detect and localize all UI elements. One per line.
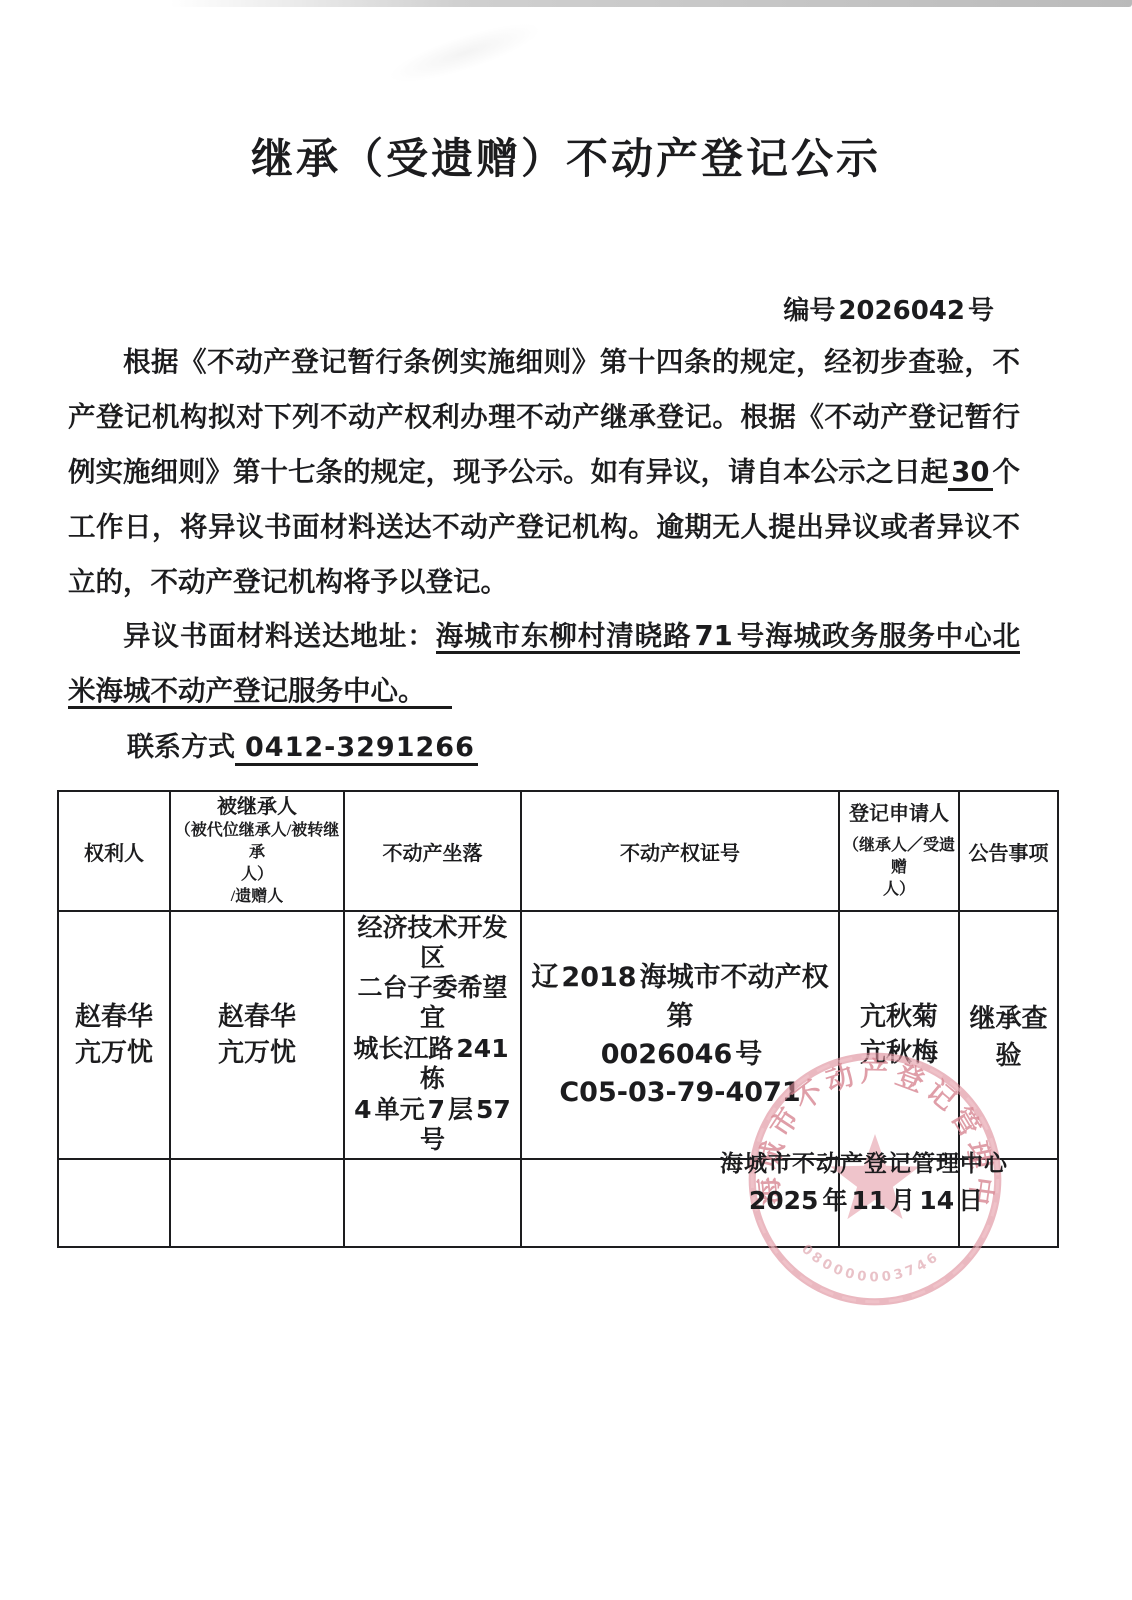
location-line1: 经济技术开发区 xyxy=(348,914,517,974)
location-room-number: 57 xyxy=(473,1095,514,1124)
location-floor-number: 7 xyxy=(425,1095,448,1124)
footer-date-month-label: 月 xyxy=(890,1188,915,1215)
page: { "doc": { "title": "继承（受遗赠）不动产登记公示", "n… xyxy=(0,0,1132,1600)
body-line-2: 产登记机构拟对下列不动产权利办理不动产继承登记。根据《不动产登记暂行条 xyxy=(68,389,1020,444)
header-decedent-line4: /遗赠人 xyxy=(174,886,340,908)
cell-decedent: 赵春华 亢万忧 xyxy=(170,911,344,1159)
cert-seg: 号 xyxy=(735,1039,762,1069)
header-right-holder: 权利人 xyxy=(58,791,170,911)
body-line-4: 工作日，将异议书面材料送达不动产登记机构。逾期无人提出异议或者异议不成 xyxy=(68,499,1020,554)
footer-org-name: 海城市不动产登记管理中心 xyxy=(656,1146,1072,1182)
header-decedent-line1: 被继承人 xyxy=(174,794,340,820)
decedent-name-2: 亢万忧 xyxy=(174,1035,340,1071)
contact-phone-number: 0412-3291266 xyxy=(235,732,478,766)
body-line-5: 立的，不动产登记机构将予以登记。 xyxy=(68,554,1020,609)
header-gap xyxy=(843,827,955,835)
objection-days: 30 xyxy=(948,456,992,491)
scan-smudge-top xyxy=(170,0,1132,7)
empty-cell xyxy=(344,1159,521,1247)
main-paragraph: 根据《不动产登记暂行条例实施细则》第十四条的规定，经初步查验，不动 产登记机构拟… xyxy=(68,334,1020,609)
location-line4: 4单元7层57号 xyxy=(348,1095,517,1156)
seal-serial: 080000003746 xyxy=(798,1242,943,1285)
location-building-number: 241 xyxy=(453,1034,511,1063)
header-notice-items: 公告事项 xyxy=(959,791,1058,911)
address-line-1: 异议书面材料送达地址：海城市东柳村清晓路71号海城政务服务中心北200 xyxy=(68,608,1020,663)
cell-property-location: 经济技术开发区 二台子委希望宜 城长江路241栋 4单元7层57号 xyxy=(344,911,521,1159)
location-seg: 层 xyxy=(448,1097,473,1124)
location-seg: 城长江路 xyxy=(353,1036,453,1063)
body-line-1: 根据《不动产登记暂行条例实施细则》第十四条的规定，经初步查验，不动 xyxy=(68,334,1020,389)
body-line-3-text: 例实施细则》第十七条的规定，现予公示。如有异议，请自本公示之日起 xyxy=(68,456,948,487)
delivery-address-part2: 米海城不动产登记服务中心。 xyxy=(68,675,452,709)
footer-block: 海城市不动产登记管理中心 2025年11月14日 xyxy=(656,1146,1072,1221)
right-holder-name-1: 赵春华 xyxy=(62,999,166,1035)
header-applicant-line3: 人） xyxy=(843,879,955,901)
cell-certificate-number: 辽2018海城市不动产权第 0026046号 C05-03-79-4071 xyxy=(521,911,839,1159)
location-seg: 栋 xyxy=(420,1066,445,1093)
address-street-number: 71 xyxy=(692,620,736,652)
address-seg: 号海城政务服务中心北 xyxy=(736,620,1020,651)
footer-date: 2025年11月14日 xyxy=(656,1182,1072,1221)
footer-date-year: 2025 xyxy=(745,1186,823,1215)
right-holder-name-2: 亢万忧 xyxy=(62,1035,166,1071)
address-seg: 海城市东柳村清晓路 xyxy=(436,620,692,651)
table-data-row: 赵春华 亢万忧 赵春华 亢万忧 经济技术开发区 二台子委希望宜 城长江路241栋… xyxy=(58,911,1058,1159)
header-decedent: 被继承人 （被代位继承人/被转继承 人） /遗赠人 xyxy=(170,791,344,911)
contact-label: 联系方式 xyxy=(127,732,235,762)
applicant-name-2: 亢秋梅 xyxy=(843,1035,955,1071)
address-paragraph: 异议书面材料送达地址：海城市东柳村清晓路71号海城政务服务中心北200 米海城不… xyxy=(68,608,1020,718)
empty-cell xyxy=(170,1159,344,1247)
footer-date-year-label: 年 xyxy=(822,1188,847,1215)
header-applicant: 登记申请人 （继承人／受遗赠 人） xyxy=(839,791,959,911)
body-line-3: 例实施细则》第十七条的规定，现予公示。如有异议，请自本公示之日起30个 xyxy=(68,444,1020,499)
cell-applicants: 亢秋菊 亢秋梅 xyxy=(839,911,959,1159)
applicant-name-1: 亢秋菊 xyxy=(843,999,955,1035)
location-seg: 单元 xyxy=(375,1097,425,1124)
cell-notice-item: 继承查验 xyxy=(959,911,1058,1159)
table-header-row: 权利人 被继承人 （被代位继承人/被转继承 人） /遗赠人 不动产坐落 不动产权… xyxy=(58,791,1058,911)
cell-right-holder: 赵春华 亢万忧 xyxy=(58,911,170,1159)
location-line3: 城长江路241栋 xyxy=(348,1034,517,1095)
scan-smudge-wisp xyxy=(384,12,547,94)
certificate-line1: 辽2018海城市不动产权第 xyxy=(525,958,835,1035)
header-applicant-line2: （继承人／受遗赠 xyxy=(843,835,955,879)
doc-number-suffix: 号 xyxy=(968,296,994,325)
empty-cell xyxy=(58,1159,170,1247)
doc-number-label: 编号 xyxy=(783,296,835,325)
footer-date-day: 14 xyxy=(915,1186,958,1215)
location-unit-number: 4 xyxy=(351,1095,374,1124)
header-property-location: 不动产坐落 xyxy=(344,791,521,911)
header-applicant-line1: 登记申请人 xyxy=(843,801,955,827)
address-line-2: 米海城不动产登记服务中心。 xyxy=(68,663,1020,718)
cert-code: C05-03-79-4071 xyxy=(525,1074,835,1112)
footer-date-day-label: 日 xyxy=(958,1188,983,1215)
location-line2: 二台子委希望宜 xyxy=(348,974,517,1034)
address-label: 异议书面材料送达地址： xyxy=(123,620,436,651)
location-seg: 号 xyxy=(420,1127,445,1154)
decedent-name-1: 赵春华 xyxy=(174,999,340,1035)
doc-number-value: 2026042 xyxy=(835,296,968,326)
cert-year: 2018 xyxy=(558,962,639,993)
cert-seg: 辽 xyxy=(531,962,558,992)
header-decedent-line3: 人） xyxy=(174,864,340,886)
header-decedent-line2: （被代位继承人/被转继承 xyxy=(174,820,340,864)
cert-seg: 海城市不动产权第 xyxy=(640,962,829,1031)
body-line-3-suffix: 个 xyxy=(993,456,1021,487)
certificate-line2: 0026046号 xyxy=(525,1035,835,1074)
cert-serial: 0026046 xyxy=(598,1039,736,1070)
notice-title: 继承（受遗赠）不动产登记公示 xyxy=(0,136,1132,184)
contact-line: 联系方式0412-3291266 xyxy=(127,729,478,766)
doc-number: 编号2026042号 xyxy=(783,290,994,327)
footer-date-month: 11 xyxy=(847,1186,890,1215)
header-certificate-number: 不动产权证号 xyxy=(521,791,839,911)
